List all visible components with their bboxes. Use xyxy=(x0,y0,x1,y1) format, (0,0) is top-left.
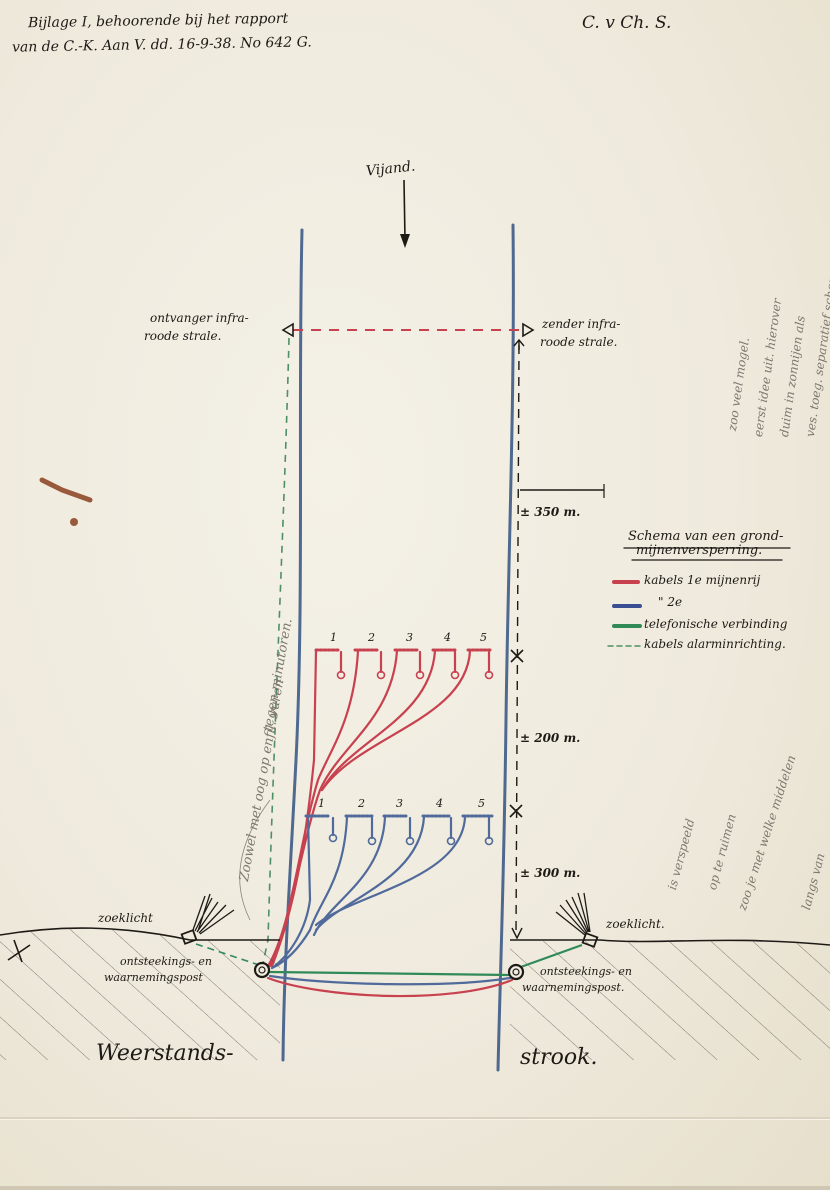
mine-group-number: 3 xyxy=(396,798,403,810)
firing-post-left-icon xyxy=(255,963,269,977)
mine-row-1 xyxy=(268,650,493,966)
receiver-label-line-2: roode strale. xyxy=(144,330,221,343)
zone-label-left: Weerstands- xyxy=(96,1042,234,1066)
mine-group-number: 2 xyxy=(358,798,365,810)
rust-stain xyxy=(42,480,90,526)
mine-group-number: 4 xyxy=(436,798,443,810)
post-left-label-line-2: waarnemingspost xyxy=(104,972,203,984)
sender-label-line-1: zender infra- xyxy=(542,318,620,331)
infrared-beam xyxy=(283,324,533,350)
legend-item-label: " 2e xyxy=(658,596,682,609)
receiver-label-line-1: ontvanger infra- xyxy=(150,312,249,325)
mine-group-number: 4 xyxy=(444,632,451,644)
document-page: Bijlage I, behoorende bij het rapport va… xyxy=(0,0,830,1190)
mine-group-number: 2 xyxy=(368,632,375,644)
legend-item-label: telefonische verbinding xyxy=(644,618,787,631)
mine-group-number: 1 xyxy=(330,632,337,644)
legend-title-line-2: mijnenversperring. xyxy=(636,544,762,558)
post-right-label-line-2: waarnemingspost. xyxy=(522,982,624,994)
distance-top: ± 350 m. xyxy=(520,506,580,519)
mine-group-number: 3 xyxy=(406,632,413,644)
page-fold-line xyxy=(0,1117,830,1120)
mine-group-number: 1 xyxy=(318,798,325,810)
mine-group-number: 5 xyxy=(478,798,485,810)
mine-group-number: 5 xyxy=(480,632,487,644)
enemy-direction-arrow xyxy=(400,180,410,248)
legend-swatches xyxy=(608,548,790,646)
minefield-diagram xyxy=(0,0,830,1190)
distance-middle: ± 200 m. xyxy=(520,732,580,745)
legend-item-label: kabels alarminrichting. xyxy=(644,638,786,651)
post-connection-cables xyxy=(268,972,512,996)
legend-item-label: kabels 1e mijnenrij xyxy=(644,574,760,587)
zone-label-right: strook. xyxy=(520,1046,597,1070)
post-right-label-line-1: ontsteekings- en xyxy=(540,966,632,978)
ground-hatching-left xyxy=(0,920,280,1060)
firing-post-right-icon xyxy=(509,965,523,979)
corner-mark: C. v Ch. S. xyxy=(582,14,671,33)
searchlight-left-label: zoeklicht xyxy=(98,912,153,925)
page-edge xyxy=(0,1186,830,1190)
sender-label-line-2: roode strale. xyxy=(540,336,617,349)
distance-bottom: ± 300 m. xyxy=(520,867,580,880)
distance-dimension-line xyxy=(510,345,604,938)
post-left-label-line-1: ontsteekings- en xyxy=(120,956,212,968)
searchlight-right-label: zoeklicht. xyxy=(606,918,665,931)
